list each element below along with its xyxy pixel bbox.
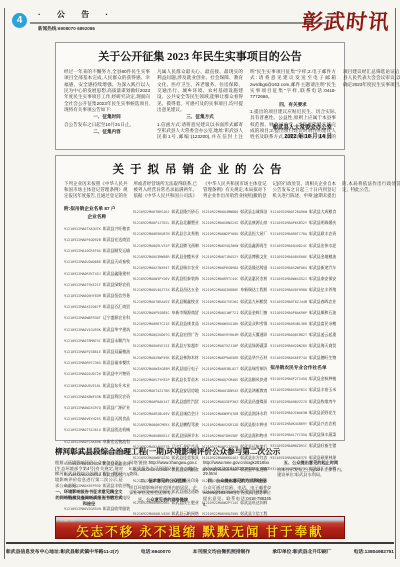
- enterprise-code: 91210922MA0W1PY26V: [133, 277, 170, 281]
- enterprise-code: 91210922MA0T6ZJ44M: [270, 300, 307, 304]
- enterprise-name: 彰武县昌达五金机电有限公司: [172, 287, 199, 292]
- enterprise-name: 彰武县兴农农机专业合作社: [309, 421, 336, 426]
- enterprise-row: 91210922MA0X8NX24S彰武县康源山泉饮品有限公司: [202, 216, 268, 227]
- paragraph: 网络链接:http://www.zhangwu.gov.cn;纸质报告书可到建设…: [129, 460, 197, 477]
- enterprise-name: 彰武县众和劳保用品有限公司: [240, 321, 267, 326]
- enterprise-row: 91210922MA0U7VE26G彰武县九州粮贸有限公司: [202, 295, 268, 306]
- enterprise-row: 91210922MA0W1PY26V彰武县恒泰装饰工程有限公司: [133, 272, 199, 283]
- enterprise-row: 91210922MA0R3BL02T彰武县瑞雪制冷设备有限公司: [202, 362, 268, 373]
- enterprise-row: 91210922MA0X9WF59K彰武县林海木材经销有限公司: [133, 351, 199, 362]
- enterprise-code: 91210922MA0W6XG52I: [270, 277, 307, 281]
- enterprise-code: 91210922MA0T9XE21F: [64, 283, 101, 287]
- newspaper-masthead: 彰武时讯: [301, 9, 392, 35]
- enterprise-code: 93210922MA0J1WA63W: [270, 411, 307, 415]
- enterprise-code: 91210922MA0X6EP74X: [270, 356, 307, 360]
- enterprise-code: 91210922MA10CR5T0X: [64, 249, 101, 253]
- public-service-banner: 公益广告 矢志不移 永不退缩 默默无闻 甘于奉献: [55, 516, 345, 539]
- enterprise-name: 彰武县合众养殖有限公司: [172, 231, 199, 236]
- enterprise-row: 91210922MA0T9XE21F彰武县绿野农机服务有限公司: [64, 278, 130, 289]
- enterprise-code: 91210922MA0W8FR30T: [64, 316, 101, 320]
- enterprise-name: 彰武县康源山泉饮品有限公司: [240, 220, 267, 225]
- enterprise-row: 91210922MA0X2WF06G彰武县新途汽车销售有限公司: [270, 261, 336, 272]
- enterprise-row: 91210922MA0V9YH64M彰武县天翼通讯器材有限公司: [202, 328, 268, 339]
- enterprise-name: 彰武县宏达商贸有限公司: [103, 237, 130, 242]
- paragraph: 根据《环境影响评价公众参与办法》(生态环境部令第4号)有关规定,现对柳河彰武县段…: [55, 460, 123, 488]
- enterprise-code: 91210922MA0Q4UD24C: [270, 244, 307, 248]
- paragraph: 五、公众提出意见的起止时间: [277, 460, 345, 466]
- enterprise-code: 91210922MA0U8VE60E: [270, 255, 307, 259]
- enterprise-code: 91210922MA0T8HS58F: [202, 434, 239, 438]
- notice-title: 柳河彰武县段综合治理工程(一期)环境影响评价公众参与第二次公示: [55, 446, 345, 457]
- enterprise-row: 91210922MA0V5QZ06W彰武县鑫源再生资源回收有限公司: [202, 239, 268, 250]
- enterprise-code: 91210922MA0T4ZJ78R: [133, 389, 170, 393]
- enterprise-row: 91210922MA0W3XG85M彰武县旭日电子商务有限公司: [133, 362, 199, 373]
- enterprise-row: 91210922MA0T2RA96W彰武县大成粮食烘干有限公司: [270, 205, 336, 216]
- enterprise-row: 93210922MA0K4XB09Y彰武县兴农农机专业合作社: [270, 417, 336, 428]
- enterprise-row: 91210922MA0P8AK14T彰武县盛世汽贸有限公司: [133, 395, 199, 406]
- enterprise-row: 91210922MA0Q2UD67G彰武县宏图广告传媒有限公司: [133, 328, 199, 339]
- footer-segment: 彰武县信息发布中心地址:彰武县彰武镇中华路11-2(7): [6, 548, 119, 555]
- enterprise-row: 91210922MA0R2BL69V彰武县诚信会计服务有限公司: [133, 407, 199, 418]
- enterprise-name: 彰武县金秋种植专业合作社: [309, 376, 336, 381]
- enterprise-row: 91210922MA0Q6CM95X彰武县鹏程驾驶员培训有限公司: [133, 418, 199, 429]
- enterprise-name: 彰武县鑫源再生资源回收有限公司: [240, 243, 267, 248]
- footer-segment: 电话:6940070: [141, 548, 171, 555]
- enterprise-name: 彰武县益康食品有限公司: [172, 321, 199, 326]
- enterprise-row: 91210922MA0Q9LV31P彰武县腾飞预制构件有限公司: [133, 239, 199, 250]
- enterprise-row: 91210922MA0P2SB81E彰武县双赢粮油购销有限公司: [64, 345, 130, 356]
- enterprise-code: 91210922MA0T0RA49Z: [133, 300, 170, 304]
- enterprise-name: 彰武县金穗米业有限公司: [172, 254, 199, 259]
- enterprise-code: 91210922MA0X8NX24S: [202, 221, 239, 225]
- enterprise-row: 91210922MA0X5EP30Z彰武县昌盛煤炭经销有限公司: [202, 395, 268, 406]
- enterprise-row: 91210922MA0R9TC36G彰武县福来餐饮服务有限公司: [64, 356, 130, 367]
- enterprise-name: 彰武县万家超市有限公司: [172, 343, 199, 348]
- enterprise-code: 91210922MA0T3ZJ61U: [64, 428, 101, 432]
- enterprise-code: 91210922MA0W2XG97Q: [64, 406, 101, 410]
- enterprise-row: 91210922MA0V2GR12D彰武县银丰种业有限公司: [202, 418, 268, 429]
- enterprise-name: 彰武县隆达铸造有限公司: [240, 265, 267, 270]
- paragraph: 自本公示发布之日起10个工作日内。建设单位:彰武县水利局。: [277, 467, 345, 478]
- enterprise-code: 91210922MA0U2DN28V: [270, 344, 307, 348]
- enterprise-row: 91210922MA0V7YH32P彰武县长青苗木种植有限公司: [133, 373, 199, 384]
- enterprise-code: 91210922MA0U5VE18L: [64, 384, 101, 388]
- enterprise-name: 彰武县鸿雁教育咨询有限公司: [240, 388, 267, 393]
- enterprise-code: 93210922MA0G5UY81S: [270, 388, 307, 392]
- enterprise-code: 91210922MA0Q7CM48V: [202, 378, 239, 382]
- paragraph: 三、公众意见表的网络链接: [129, 497, 197, 503]
- paragraph: 经过一年来的不懈努力,全县80件民生实事项目全部基本完成,人民群众的获得感、幸福…: [64, 69, 150, 113]
- enterprise-name: 彰武县富民杂粮加工有限公司: [309, 321, 336, 326]
- enterprise-name: 彰武县中兴物资经销有限公司: [103, 371, 130, 376]
- enterprise-code: 91210922MA0P6SB32Y: [270, 221, 307, 225]
- environmental-notice: 柳河彰武县段综合治理工程(一期)环境影响评价公众参与第二次公示 根据《环境影响评…: [55, 446, 345, 512]
- enterprise-code: 91210922MA0R9TC36G: [64, 361, 101, 365]
- enterprise-code: 91210922MA0Q1UD72H: [64, 372, 101, 376]
- enterprise-name: 彰武县亿丰养殖设备有限公司: [309, 287, 336, 292]
- enterprise-name: 彰武县海天商贸有限公司: [309, 343, 336, 348]
- enterprise-name: 彰武县天润食品加工有限公司: [103, 416, 130, 421]
- enterprise-row: 93210922MA0L7YC55A彰武县绿丰蔬菜种植专业合作社: [270, 428, 336, 439]
- enterprise-code: 91210922MA0V9YH64M: [202, 333, 239, 337]
- footer-segment: 本刊图文均由微机照排制作: [193, 548, 251, 555]
- enterprise-code: 91210922MA0X9WF59K: [133, 356, 170, 360]
- enterprise-code: 91210922MA0R7KT45J: [64, 272, 101, 276]
- enterprise-row: 91210922MA0W2PY60U彰武县恒大砖厂有限公司: [202, 227, 268, 238]
- enterprise-row: 93210922MA0F2TX45Q彰武县金秋种植专业合作社: [270, 372, 336, 383]
- enterprise-name: 彰武县金辉门窗制造有限公司: [240, 310, 267, 315]
- enterprise-row: 91210922MA0R7KT45J彰武县鑫隆建材销售有限公司: [64, 267, 130, 278]
- enterprise-code: 91210922MA0W2PY60U: [202, 232, 239, 236]
- enterprise-row: 91210922MA0T1RA52Y彰武县博雅文化传播有限公司: [202, 250, 268, 261]
- enterprise-code: 91210922MA0X2WF06G: [270, 266, 307, 270]
- enterprise-row: 91210922MA0R0TC78A彰武县联丰农资连锁有限公司: [270, 227, 336, 238]
- signoff-date: 2022 年 10 月 14 日: [273, 133, 332, 143]
- enterprise-code: 91210922MA0Q5HY83M: [64, 294, 101, 298]
- enterprise-code: 91210922MA0U6VE13I: [133, 344, 170, 348]
- enterprise-code: 93210922MA0K4XB09Y: [270, 422, 307, 426]
- paragraph: 二、征求意见的公众范围: [129, 478, 197, 484]
- paragraph: 自公告发布之日起至10月31日止。: [64, 122, 150, 128]
- announcement-livelihood-projects: 关于公开征集 2023 年民生实事项目的公告 经过一年来的不懈努力,全县80件民…: [55, 42, 345, 150]
- enterprise-name: 彰武县广源矿业开发有限公司: [103, 405, 130, 410]
- enterprise-name: 彰武县德旺生物质能源有限公司: [309, 355, 336, 360]
- enterprise-row: 93210922MA0J1WA63W彰武县沃野花生种植专业合作社: [270, 406, 336, 417]
- enterprise-code: 91210922MA0U3MW58R: [133, 255, 170, 259]
- enterprise-row: 91210922MA0X6EP74X彰武县德旺生物质能源有限公司: [270, 351, 336, 362]
- enterprise-row: 91210922MA0T8HS16J彰武县隆兴砂石经销有限公司: [133, 205, 199, 216]
- enterprise-code: 91210922MA0V6YH25S: [64, 417, 101, 421]
- enterprise-row: 93210922MA0H8VZ27U彰武县牧歌肉牛养殖专业合作社: [270, 395, 336, 406]
- enterprise-name: 彰武县牧歌肉牛养殖专业合作社: [309, 399, 336, 404]
- enterprise-code: 91210922MA0R4BL36R: [270, 322, 307, 326]
- enterprise-name: 彰武县顺和石油制品有限公司: [309, 310, 336, 315]
- enterprise-name: 彰武县长青苗木种植有限公司: [172, 377, 199, 382]
- enterprise-code: 91210922MA0U2WQ68D: [64, 260, 101, 264]
- enterprise-row: 91210922MA0R9TC44C彰武县惠民农机销售有限公司: [202, 272, 268, 283]
- enterprise-code: 91210922MA0V7YH32P: [133, 378, 170, 382]
- enterprise-name: 彰武县凌云起重安装有限公司: [309, 332, 336, 337]
- notice-body: 根据《环境影响评价公众参与办法》(生态环境部令第4号)有关规定,现对柳河彰武县段…: [55, 460, 345, 512]
- enterprise-code: 91210922MA0R5KU87N: [133, 232, 170, 236]
- enterprise-code: 91210922MA0P1JT62L: [133, 221, 170, 225]
- enterprise-name: 彰武县顺发运输有限公司: [103, 248, 130, 253]
- paragraph: 公众可通过信函、电话、电子邮件(zwslsw@163.com)等方式向建设单位提…: [203, 485, 271, 508]
- banner-slogan: 矢志不移 永不退缩 默默无闻 甘于奉献: [56, 522, 344, 539]
- enterprise-name: 彰武县腾飞预制构件有限公司: [172, 243, 199, 248]
- enterprise-code: 91210922MA0P2SB81E: [64, 350, 101, 354]
- news-hotline: 新闻热线:6908070 6892086: [38, 26, 95, 32]
- enterprise-row: 91210922MA0P6SB98A彰武县隆达铸造有限公司: [202, 261, 268, 272]
- enterprise-code: 91210922MA0X5EP30Z: [202, 400, 239, 404]
- enterprise-name: 彰武县利民农资经销有限公司: [103, 394, 130, 399]
- enterprise-list-column-label: 企业名称: [64, 213, 130, 221]
- enterprise-row: 91210922MA0Q4UD24C彰武县宏伟水泥制品有限公司: [270, 239, 336, 250]
- page-number-badge: 4: [12, 13, 27, 28]
- enterprise-row: 91210922MA0T0RA49Z彰武县顺鑫牧业有限公司: [133, 295, 199, 306]
- enterprise-row: 91210922MA0T5ZJ10P彰武县绿源蔬菜配送有限公司: [202, 339, 268, 350]
- enterprise-code: 91210922MA0W3XG85M: [133, 367, 170, 371]
- enterprise-name: 彰武县嘉和物业管理有限公司: [240, 433, 267, 438]
- enterprise-name: 彰武县丰裕玉米种植专业合作社: [309, 387, 336, 392]
- enterprise-row: 91210922MA0V4QZ73X彰武县昌达五金机电有限公司: [133, 283, 199, 294]
- enterprise-name: 彰武县瑞丰农业开发有限公司: [172, 265, 199, 270]
- enterprise-name: 彰武县鹏程驾驶员培训有限公司: [172, 422, 199, 427]
- paragraph: 凡属人民群众最关心、最直接、最现实的利益问题,涉及就业创业、社会保障、教育文化、…: [157, 69, 243, 113]
- enterprise-name: 彰武县旭日电子商务有限公司: [172, 366, 199, 371]
- enterprise-name: 彰武县华宇建筑工程有限公司: [103, 327, 130, 332]
- enterprise-name: 彰武县宏伟水泥制品有限公司: [309, 243, 336, 248]
- enterprise-code: 91210922MA0W9FQ76B: [202, 412, 239, 416]
- enterprise-name: 彰武县金地粮油有限公司: [309, 254, 336, 259]
- enterprise-row: 91210922MA0U4MW88Q彰武县志诚保洁服务有限公司: [202, 205, 268, 216]
- enterprise-row: 91210922MA0Q7CM48V彰武县顺风快递服务有限公司: [202, 373, 268, 384]
- enterprise-name: 彰武县福来餐饮服务有限公司: [103, 360, 130, 365]
- enterprise-name: 彰武县诚信会计服务有限公司: [172, 411, 199, 416]
- enterprise-name: 彰武县大成粮食烘干有限公司: [309, 209, 336, 214]
- enterprise-row: 91210922MA0Q8CM82T彰武县凌云起重安装有限公司: [270, 328, 336, 339]
- enterprise-name: 彰武县永顺汽车维修有限公司: [103, 338, 130, 343]
- enterprise-code: 91210922MA0Q8CM82T: [270, 333, 307, 337]
- paragraph: 四、有关要求: [250, 102, 336, 108]
- enterprise-name: 彰武县润泽水利工程有限公司: [240, 411, 267, 416]
- enterprise-code: 93210922MA0L7YC55A: [270, 433, 307, 437]
- enterprise-code: 91210922MA0U4MW88Q: [202, 210, 239, 214]
- paragraph: 二、征集内容: [64, 129, 150, 135]
- enterprise-code: 91210922MA0V5QZ06W: [202, 244, 239, 248]
- page-left-rule: [4, 8, 5, 559]
- enterprise-code: 91210922MA0X1WF72I: [202, 311, 239, 315]
- enterprise-name: 彰武县宏图广告传媒有限公司: [172, 332, 199, 337]
- announcement1-signoff: 彰武县人大常委会办公室 2022 年 10 月 14 日: [273, 124, 332, 143]
- enterprise-name: 彰武县新途汽车销售有限公司: [309, 265, 336, 270]
- enterprise-code: 91210922MA0V2GR12D: [202, 423, 239, 427]
- enterprise-row: 91210922MA0R5KU87N彰武县合众养殖有限公司: [133, 227, 199, 238]
- enterprise-name: 彰武县明珠婚庆服务有限公司: [309, 220, 336, 225]
- enterprise-row: 91210922MA0U2WQ68D彰武县天成畜牧养殖有限公司: [64, 255, 130, 266]
- enterprise-name: 彰武县林海木材经销有限公司: [172, 355, 199, 360]
- enterprise-row: 91210922MA0W5XG18K彰武县众和劳保用品有限公司: [202, 317, 268, 328]
- enterprise-row: 91210922MA0P6SB32Y彰武县明珠婚庆服务有限公司: [270, 216, 336, 227]
- enterprise-row: 91210922MA0Q3UD80E阜新瑞达工程机械有限公司: [202, 283, 268, 294]
- enterprise-name: 彰武县春晖农业服务有限公司: [309, 299, 336, 304]
- enterprise-code: 91210922MA0P9AK56R: [202, 356, 239, 360]
- enterprise-row: 91210922MA0T6ZJ44M彰武县春晖农业服务有限公司: [270, 295, 336, 306]
- enterprise-name: 彰武县志诚保洁服务有限公司: [240, 209, 267, 214]
- enterprise-code: 91210922MA0X7NX94T: [133, 266, 170, 270]
- enterprise-name: 彰武县绿野农机服务有限公司: [103, 282, 130, 287]
- signoff-organization: 彰武县人大常委会办公室: [273, 124, 332, 134]
- page-right-rule: [395, 8, 396, 559]
- enterprise-code: 91210922MA0R9TC44C: [202, 277, 239, 281]
- enterprise-name: 彰武县双赢粮油购销有限公司: [103, 349, 130, 354]
- paragraph: 项目环境影响评价范围内的居民、企事业单位及社会团体等。: [129, 485, 197, 496]
- enterprise-name: 彰武县顺风快递服务有限公司: [240, 377, 267, 382]
- enterprise-row: 91210922MA0U2DN28V彰武县海天商贸有限公司: [270, 339, 336, 350]
- enterprise-code: 93210922MA0H8VZ27U: [270, 400, 307, 404]
- enterprise-code: 91210922MA0Q3UD80E: [202, 288, 239, 292]
- enterprise-code: 91210922MA0R2BL69V: [133, 412, 170, 416]
- enterprise-code: 93210922MA0F2TX45Q: [270, 377, 307, 381]
- section-label: · 公 告 ·: [38, 9, 115, 20]
- enterprise-name: 彰武县沃野花生种植专业合作社: [309, 410, 336, 415]
- paragraph: 三、征集方式: [157, 114, 243, 120]
- enterprise-row: 91210922MA0W9FQ76B彰武县润泽水利工程有限公司: [202, 407, 268, 418]
- footer-segment: 电话:13804982751: [353, 548, 394, 555]
- enterprise-name: 彰武县盛世汽贸有限公司: [172, 399, 199, 404]
- enterprise-code: 91210922MA0P7AK89W: [64, 440, 101, 444]
- enterprise-row: 91210922MA0T3ZJ61U彰武县凯达机械制造有限公司: [64, 423, 130, 434]
- enterprise-name: 彰武县恒大砖厂有限公司: [240, 231, 267, 236]
- enterprise-code: 91210922MA0P8AK14T: [133, 400, 170, 404]
- enterprise-row: 91210922MA0X7NX94T彰武县瑞丰农业开发有限公司: [133, 261, 199, 272]
- enterprise-code: 91210922MA0V0YH98K: [270, 288, 307, 292]
- enterprise-code: 91210922MA0X3JD67P: [64, 305, 101, 309]
- enterprise-code: 91210922MA0R3BL02T: [202, 367, 239, 371]
- enterprise-name: 彰武县天成畜牧养殖有限公司: [103, 259, 130, 264]
- enterprise-code: 91210922MA0T6MN74C: [64, 339, 101, 343]
- enterprise-code: 91210922MA0TXA3U7K: [64, 227, 101, 231]
- enterprise-row: 91210922MA0U3MW58R彰武县金穗米业有限公司: [133, 250, 199, 261]
- enterprise-name: 彰武县昌盛煤炭经销有限公司: [240, 399, 267, 404]
- enterprise-name: 彰武县恒信劳务服务有限公司: [103, 293, 130, 298]
- enterprise-row: 91210922MA0X1WF72I彰武县金辉门窗制造有限公司: [202, 306, 268, 317]
- enterprise-code: 91210922MA0U0DN31Z: [133, 434, 170, 438]
- enterprise-code: 91210922MA0X8WF43N: [64, 395, 101, 399]
- enterprise-code: 91210922MA0Q6CM95X: [133, 423, 170, 427]
- enterprise-row: 91210922MA0W8FR30T辽宁盛源农业科技有限公司: [64, 311, 130, 322]
- enterprise-code: 91210922MA0P5SB85C: [133, 311, 170, 315]
- enterprise-code: 91210922MA0V4QZ73X: [133, 288, 170, 292]
- enterprise-code: 91210922MA0W5XG18K: [202, 322, 239, 326]
- enterprise-row: 91210922MA0Q1UD72H彰武县中兴物资经销有限公司: [64, 367, 130, 378]
- enterprise-row: 91210922MA0V0YH98K彰武县亿丰养殖设备有限公司: [270, 283, 336, 294]
- enterprise-name: 彰武县银丰种业有限公司: [240, 422, 267, 427]
- enterprise-name: 彰武县北疆塑业有限公司: [172, 220, 199, 225]
- enterprise-code: 91210922MA0P4QD92B: [64, 238, 101, 242]
- enterprise-name: 彰武县天翼通讯器材有限公司: [240, 332, 267, 337]
- footer-segment: 承印单位:彰武县北升印刷厂: [272, 548, 331, 555]
- enterprise-name: 彰武县绿洲节水灌溉有限公司: [172, 433, 199, 438]
- enterprise-row: 91210922MA0T4ZJ78R彰武县安居房地产经纪有限公司: [133, 384, 199, 395]
- announcement2-intro: 下列企业因未按照《中华人民共和国市场主体登记管理条例》规定报送年度报告,且通过登…: [64, 181, 336, 202]
- enterprise-code: 91210922MA0P0AK90P: [270, 311, 307, 315]
- paragraph: 四、公众提出意见的方式和途径: [203, 478, 271, 484]
- page-footer: 彰武县信息发布中心地址:彰武县彰武镇中华路11-2(7)电话:6940070本刊…: [6, 542, 394, 555]
- enterprise-name: 彰武县联丰农资连锁有限公司: [309, 231, 336, 236]
- enterprise-code: 91210922MA0R8TC21E: [133, 322, 170, 326]
- enterprise-list-header: 附:拟吊销企业名单 87 户: [64, 205, 130, 213]
- enterprise-row: 91210922MA0T8HS58F彰武县嘉和物业管理有限公司: [202, 429, 268, 440]
- enterprise-code: 91210922MA0T5ZJ10P: [202, 344, 239, 348]
- enterprise-name: 彰武县九州粮贸有限公司: [240, 299, 267, 304]
- paragraph: 一、征集时间: [64, 114, 150, 120]
- enterprise-code: 91210922MA0P6SB98A: [202, 266, 239, 270]
- enterprise-row: 91210922MA0P0AK90P彰武县顺和石油制品有限公司: [270, 306, 336, 317]
- announcement1-title: 关于公开征集 2023 年民生实事项目的公告: [64, 48, 336, 64]
- enterprise-name: 彰武县兴旺粮食贸易有限公司: [103, 226, 130, 231]
- enterprise-name: 彰武县隆兴砂石经销有限公司: [172, 209, 199, 214]
- enterprise-code: 91210922MA0V1GU59K: [64, 328, 101, 332]
- enterprise-name: 彰武县恒泰装饰工程有限公司: [172, 276, 199, 281]
- enterprise-row: 91210922MA0U8VE60E彰武县金地粮油有限公司: [270, 250, 336, 261]
- enterprise-name: 彰武县东升木业加工有限公司: [103, 383, 130, 388]
- enterprise-code: 91210922MA0T1RA52Y: [202, 255, 239, 259]
- enterprise-code: 91210922MA0Q9LV31P: [133, 244, 170, 248]
- enterprise-name: 彰武县安居房地产经纪有限公司: [172, 388, 199, 393]
- enterprise-row: 91210922MA0U6VE13I彰武县万家超市有限公司: [133, 339, 199, 350]
- enterprise-name: 阜新市聚源商贸有限公司: [172, 310, 199, 315]
- enterprise-name: 阜新宏运物流有限公司: [103, 439, 130, 444]
- enterprise-code: 91210922MA0T8HS16J: [133, 210, 170, 214]
- enterprise-row: 91210922MA0W2XG97Q彰武县广源矿业开发有限公司: [64, 401, 130, 412]
- enterprise-code: 91210922MA0R0TC78A: [270, 232, 307, 236]
- paragraph: 下列企业因未按照《中华人民共和国市场主体登记管理条例》规定报送年度报告,且通过登…: [64, 181, 400, 202]
- enterprise-row: 91210922MA0V1GU59K彰武县华宇建筑工程有限公司: [64, 323, 130, 334]
- enterprise-row: 91210922MA0X8WF43N彰武县利民农资经销有限公司: [64, 390, 130, 401]
- enterprise-code: 91210922MA0U1DN94X: [202, 389, 239, 393]
- enterprise-name: 彰武县绿源蔬菜配送有限公司: [240, 343, 267, 348]
- enterprise-row: 91210922MA10CR5T0X彰武县顺发运输有限公司: [64, 244, 130, 255]
- header-rule: [30, 22, 326, 24]
- enterprise-name: 彰武县泰安保安服务有限公司: [309, 276, 336, 281]
- page-header: 4 · 公 告 · 新闻热线:6908070 6892086 彰武时讯: [12, 9, 390, 37]
- enterprise-name: 彰武县瑞雪制冷设备有限公司: [240, 366, 267, 371]
- announcement2-title: 关于拟吊销企业的公告: [64, 161, 336, 177]
- enterprise-name: 彰武县顺鑫牧业有限公司: [172, 299, 199, 304]
- announcement-revoked-enterprises: 关于拟吊销企业的公告 下列企业因未按照《中华人民共和国市场主体登记管理条例》规定…: [55, 155, 345, 441]
- enterprise-row: 91210922MA0P4QD92B彰武县宏达商贸有限公司: [64, 233, 130, 244]
- enterprise-row: 91210922MA0R8TC21E彰武县益康食品有限公司: [133, 317, 199, 328]
- enterprise-name: 彰武县华兴石材加工有限公司: [240, 355, 267, 360]
- enterprise-row: 91210922MA0U5VE18L彰武县东升木业加工有限公司: [64, 379, 130, 390]
- enterprise-row: 93210922MA0G5UY81S彰武县丰裕玉米种植专业合作社: [270, 383, 336, 394]
- enterprise-rows-4a: 91210922MA0T2RA96W彰武县大成粮食烘干有限公司91210922M…: [270, 205, 336, 362]
- enterprise-name: 彰武县百汇商贸有限公司: [103, 304, 130, 309]
- enterprise-row: 91210922MA0V6YH25S彰武县天润食品加工有限公司: [64, 412, 130, 423]
- enterprise-name: 彰武县博雅文化传播有限公司: [240, 254, 267, 259]
- paragraph: http://www.mee.gov.cn/xxgk2018/xxgk/xxgk…: [203, 460, 271, 477]
- enterprise-name: 彰武县凯达机械制造有限公司: [103, 427, 130, 432]
- enterprise-name: 阜新瑞达工程机械有限公司: [240, 287, 267, 292]
- enterprise-row: 91210922MA0X3JD67P彰武县百汇商贸有限公司: [64, 300, 130, 311]
- enterprise-row: 91210922MA0R4BL36R彰武县富民杂粮加工有限公司: [270, 317, 336, 328]
- enterprise-code: 91210922MA0Q2UD67G: [133, 333, 170, 337]
- footer-rule: [6, 542, 394, 544]
- enterprise-row: 91210922MA0T6MN74C彰武县永顺汽车维修有限公司: [64, 334, 130, 345]
- enterprise-name: 彰武县绿丰蔬菜种植专业合作社: [309, 432, 336, 437]
- cooperative-list-header: 拟吊销农民专业合作社名单: [270, 364, 336, 372]
- enterprise-name: 彰武县惠民农机销售有限公司: [240, 276, 267, 281]
- enterprise-row: 91210922MA0W6XG52I彰武县泰安保安服务有限公司: [270, 272, 336, 283]
- enterprise-row: 91210922MA0P7AK89W阜新宏运物流有限公司: [64, 435, 130, 446]
- enterprise-name: 彰武县鑫隆建材销售有限公司: [103, 271, 130, 276]
- enterprise-name: 辽宁盛源农业科技有限公司: [103, 315, 130, 320]
- enterprise-row: 91210922MA0Q5HY83M彰武县恒信劳务服务有限公司: [64, 289, 130, 300]
- enterprise-row: 91210922MA0P9AK56R彰武县华兴石材加工有限公司: [202, 351, 268, 362]
- footer-info: 彰武县信息发布中心地址:彰武县彰武镇中华路11-2(7)电话:6940070本刊…: [6, 548, 394, 555]
- enterprise-row: 91210922MA0TXA3U7K彰武县兴旺粮食贸易有限公司: [64, 222, 130, 233]
- enterprise-row: 91210922MA0U1DN94X彰武县鸿雁教育咨询有限公司: [202, 384, 268, 395]
- enterprise-row: 91210922MA0P1JT62L彰武县北疆塑业有限公司: [133, 216, 199, 227]
- paragraph: 一、环境影响报告书征求意见稿全文的网络链接及查阅纸质报告书的方式和途径: [55, 489, 123, 506]
- enterprise-code: 91210922MA0T2RA96W: [270, 210, 307, 214]
- enterprise-row: 91210922MA0P5SB85C阜新市聚源商贸有限公司: [133, 306, 199, 317]
- enterprise-code: 91210922MA0U7VE26G: [202, 300, 239, 304]
- enterprise-row: 91210922MA0U0DN31Z彰武县绿洲节水灌溉有限公司: [133, 429, 199, 440]
